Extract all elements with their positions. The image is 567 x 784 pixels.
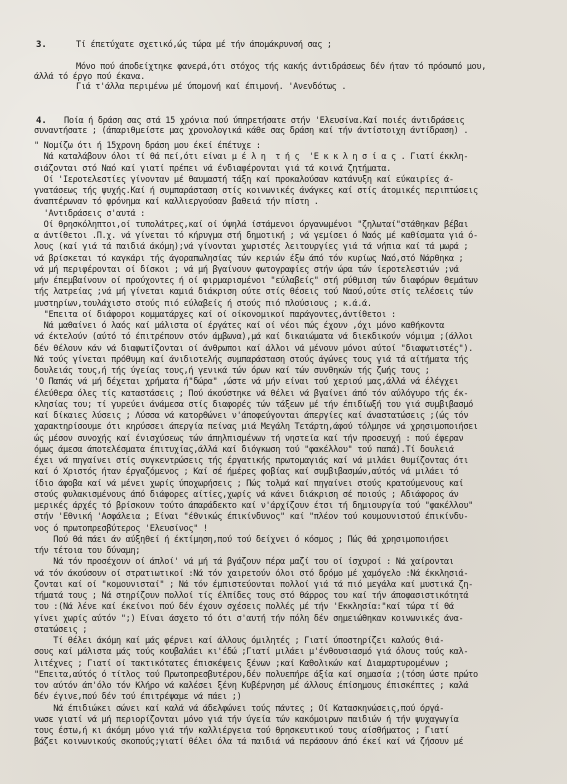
- typed-line: νά τόν άκούσουν οί στρατιωτικοί :Νά τόν …: [34, 569, 468, 579]
- typed-line: γίνει χωρίς αύτόν ";) Είναι άσχετο τό ότ…: [34, 614, 463, 624]
- typed-line: μερικές άρχές τό βρίσκουν τούτο άπαράδεκ…: [34, 501, 473, 511]
- typed-line: σιάζονται στό Ναό καί γιατί πρέπει νά έν…: [34, 164, 391, 174]
- typed-line: Οί 'Ιεροτελεστίες γίνονταν μέ θαυμαστή τ…: [34, 175, 454, 185]
- typed-line: 'Ο Παπάς νά μή δέχεται χρήματα ή"δώρα" ,…: [34, 377, 459, 387]
- typed-line: καί δίκαιες λύσεις ; Λύσσα νά κατορθώνει…: [34, 411, 468, 421]
- typed-line: μυστηρίων,τουλάχιστο στούς πιό εύλαβείς …: [34, 299, 372, 309]
- typed-line: ίδιο άφοβα καί νά μένει χωρίς ύποχωρήσει…: [34, 479, 463, 489]
- typed-line: Νά έπιδιώκει σώνει καί καλά νά άδελφώνει…: [34, 704, 444, 714]
- typed-line: Γιά τ'άλλα περιμένω μέ ύπομονή καί έπιμο…: [76, 82, 346, 92]
- typed-line: σους καί μάλιστα μάς τούς κουβαλάει κι'έ…: [34, 647, 468, 657]
- typed-line: νά βρίσκεται τό καγκάρι τής άγοραπωλησία…: [34, 254, 463, 264]
- typed-line: δουλειάς τους,ή τής ύγείας τους,ή γενικά…: [34, 366, 430, 376]
- typed-line: έχει νά πηγαίνει στίς συγκεντρώσεις τής …: [34, 456, 468, 466]
- typed-line: "Επειτα οί διάφοροι κομματάρχες καί οί ο…: [34, 310, 396, 320]
- typed-line: Νά τούς γίνεται πρόθυμη καί άνιδιοτελής …: [34, 355, 468, 365]
- typed-line: χαρακτηρίσουμε ότι κηρύσσει άπεργία πείν…: [34, 422, 478, 432]
- typed-line: Νά καταλάβουν όλοι τί θά πεί,ότι είναι μ…: [34, 152, 468, 162]
- typed-line: συναντήσατε ; (άπαριθμείστε μας χρονολογ…: [34, 126, 468, 136]
- typed-line: " Νομίζω ότι ή 15χρονη δράση μου έκεί έπ…: [34, 141, 261, 151]
- question-3-number: 3.: [36, 40, 47, 50]
- typed-line: νωσε γιατί νά μή περιορίζονται μόνο γιά …: [34, 715, 459, 725]
- typed-line: ώς μέσον συνοχής καί ένισχύσεως τών άπηλ…: [34, 434, 463, 444]
- typed-line: στήν 'Εθνική 'Ασφάλεια ; Είναι "έθνικώς …: [34, 512, 468, 522]
- typed-line: κλησίας του; τί γυρεύει άνάμεσα στίς δια…: [34, 400, 473, 410]
- typed-line: καί ό Χριστός ήταν έργαζόμενος ; Καί σέ …: [34, 467, 459, 477]
- typed-line: δέν θέλουν κάν νά διαφωτίζονται οί άνθρω…: [34, 344, 473, 354]
- typed-line: τους έστω,ή κι άκόμη μόνο γιά τήν καλλιέ…: [34, 726, 449, 736]
- typed-line: Ποία ή δράση σας στά 15 χρόνια πού ύπηρε…: [64, 116, 464, 126]
- typed-line: τής λατρείας ;νά μή γίνεται καμιά διάκρι…: [34, 287, 473, 297]
- typed-line: έλεύθερα όλες τίς καταστάσεις ; Πού άκού…: [34, 389, 468, 399]
- question-4-number: 4.: [36, 116, 47, 126]
- typed-line: στατώσεις ;: [34, 625, 87, 635]
- typed-line: μήν έπεμβαίνουν οί προύχοντες ή οί φιρμα…: [34, 276, 478, 286]
- typed-line: Πού θά πάει άν αύξηθεί ή έκτίμηση,πού το…: [34, 535, 449, 545]
- typed-line: λιτέχνες ; Γιατί οί τακτικότατες έπισκέψ…: [34, 659, 449, 669]
- typed-line: Μόνο πού άποδείχτηκε φανερά,ότι στόχος τ…: [76, 62, 486, 72]
- typed-line: "Επειτα,αύτός ό τίτλος τού Πρωτοπρεσβυτέ…: [34, 670, 478, 680]
- typed-line: στούς φυλακισμένους άπό διάφορες αίτίες,…: [34, 490, 459, 500]
- typed-line: νά έκτελούν (αύτό τό έπιτρέπουν στόν άμβ…: [34, 332, 473, 342]
- typed-line: όμως άμεσα άποτελέσματα έπιτυχίας,άλλά κ…: [34, 445, 454, 455]
- typed-line: α άντίθετοι .Π.χ. νά γίνεται τό κήρυγμα …: [34, 231, 478, 241]
- typewritten-page: 3. Τί έπετύχατε σχετικό,ώς τώρα μέ τήν ά…: [0, 0, 567, 784]
- typed-line: άναπτέρωναν τό φρόνημα καί καλλιεργούσαν…: [34, 197, 319, 207]
- typed-line: δέν έγινε,πού δέν τού έπιτρέψαμε νά πάει…: [34, 692, 241, 702]
- typed-line: 'Αντιδράσεις σ'αυτά :: [34, 209, 145, 219]
- question-3-text: Τί έπετύχατε σχετικό,ώς τώρα μέ τήν άπομ…: [76, 40, 332, 50]
- typed-line: τον αύτόν άπ'όλο τόν Κλήρο νά καλέσει ξέ…: [34, 681, 468, 691]
- typed-line: νά μή περιφέρονται οί δίσκοι ; νά μή βγα…: [34, 265, 459, 275]
- typed-line: Τί θέλει άκόμη καί μάς φέρνει καί άλλους…: [34, 636, 444, 646]
- typed-line: τήν τέτοια του δύναμη;: [34, 546, 140, 556]
- typed-line: νος ό πρωτοπρεσβύτερος 'Ελευσίνος" !: [34, 524, 208, 534]
- typed-line: Νά μαθαίνει ό λαός καί μάλιστα οί έργάτε…: [34, 321, 444, 331]
- typed-line: άλλά τό έργο πού έκανα.: [34, 72, 145, 82]
- typed-line: βάζει κοινωνικούς σκοπούς;γιατί θέλει όλ…: [34, 737, 463, 747]
- typed-line: λους (καί γιά τά παιδιά άκόμη);νά γίνοντ…: [34, 242, 468, 252]
- typed-line: Νά τόν προσέχουν οί άπλοί' νά μή τά βγάζ…: [34, 557, 454, 567]
- typed-line: ζονται καί οί "κομουνισταί" ; Νά τόν έμπ…: [34, 580, 473, 590]
- typed-line: γνατάσεως τής ψυχής.Καί ή συμπαράσταση σ…: [34, 186, 478, 196]
- typed-line: Οί θρησκόληπτοι,οί τυπολάτρες,καί οί ύψη…: [34, 220, 468, 230]
- typed-line: του :(Νά λένε καί έκείνοι πού δέν έχουν …: [34, 602, 454, 612]
- typed-line: τήματά τους ; Νά στηρίζουν πολλοί τίς έλ…: [34, 591, 468, 601]
